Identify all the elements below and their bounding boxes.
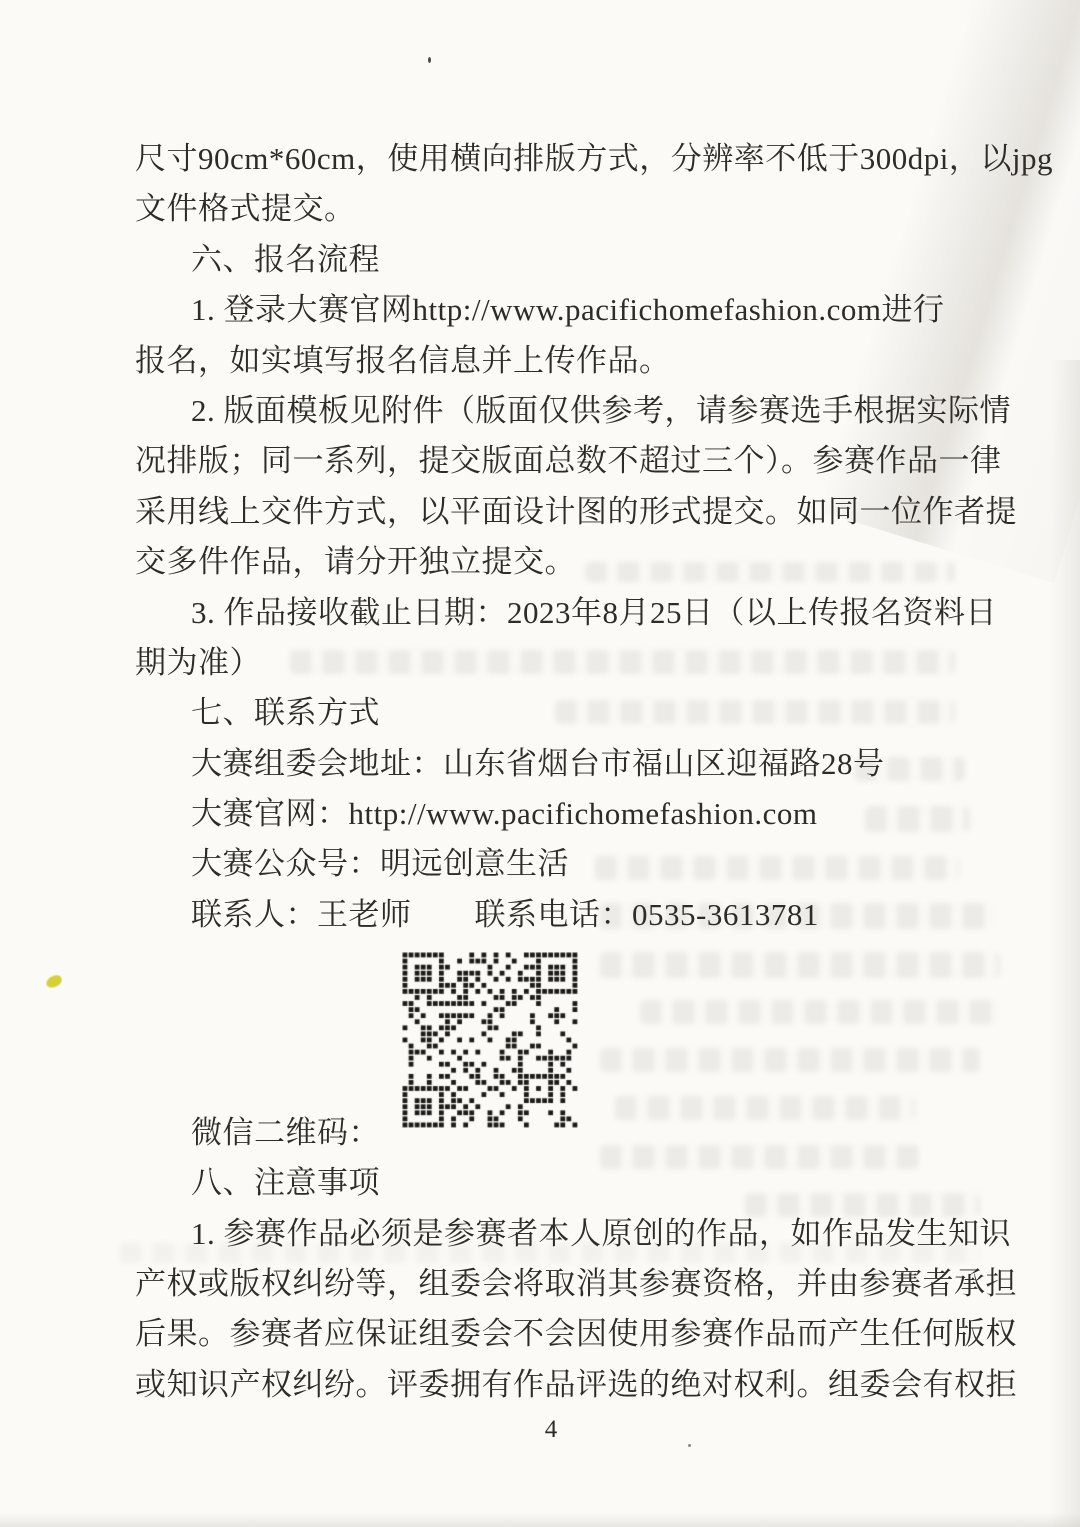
page-edge-shading	[1050, 360, 1080, 1527]
section-heading-registration-process: 六、报名流程	[135, 235, 967, 285]
text-line: 2. 版面模板见附件（版面仅供参考，请参赛选手根据实际情	[135, 386, 967, 436]
text-line: 1. 参赛作品必须是参赛者本人原创的作品，如作品发生知识	[135, 1209, 967, 1259]
text-line: 交多件作品，请分开独立提交。	[135, 537, 967, 587]
page-bottom-shading	[0, 1513, 1080, 1527]
text-line-website: 大赛官网：http://www.pacifichomefashion.com	[135, 789, 967, 839]
text-line: 3. 作品接收截止日期：2023年8月25日（以上传报名资料日	[135, 588, 967, 638]
qr-code-section: 微信二维码：	[135, 940, 967, 1158]
document-body: 尺寸90cm*60cm，使用横向排版方式，分辨率不低于300dpi，以jpg 文…	[135, 134, 967, 1450]
text-line-contact-phone: 联系人：王老师 联系电话：0535-3613781	[135, 890, 967, 940]
section-heading-notes: 八、注意事项	[135, 1158, 967, 1208]
text-line: 或知识产权纠纷。评委拥有作品评选的绝对权利。组委会有权拒	[135, 1360, 967, 1410]
qr-label: 微信二维码：	[191, 1108, 380, 1158]
page-number: 4	[135, 1410, 967, 1450]
text-line-address: 大赛组委会地址：山东省烟台市福山区迎福路28号	[135, 739, 967, 789]
text-line: 1. 登录大赛官网http://www.pacifichomefashion.c…	[135, 285, 967, 335]
text-line: 采用线上交件方式，以平面设计图的形式提交。如同一位作者提	[135, 487, 967, 537]
text-line: 期为准）	[135, 638, 967, 688]
text-line: 产权或版权纠纷等，组委会将取消其参赛资格，并由参赛者承担	[135, 1259, 967, 1309]
text-line: 况排版；同一系列，提交版面总数不超过三个）。参赛作品一律	[135, 436, 967, 486]
text-line-wechat-account: 大赛公众号：明远创意生活	[135, 839, 967, 889]
text-line: 后果。参赛者应保证组委会不会因使用参赛作品而产生任何版权	[135, 1309, 967, 1359]
yellow-ink-spot	[45, 974, 64, 989]
text-line: 报名，如实填写报名信息并上传作品。	[135, 336, 967, 386]
scan-speck	[428, 57, 431, 63]
section-heading-contact-info: 七、联系方式	[135, 688, 967, 738]
text-line: 文件格式提交。	[135, 184, 967, 234]
document-page: 尺寸90cm*60cm，使用横向排版方式，分辨率不低于300dpi，以jpg 文…	[0, 0, 1080, 1527]
wechat-qr-code	[402, 952, 578, 1128]
text-line: 尺寸90cm*60cm，使用横向排版方式，分辨率不低于300dpi，以jpg	[135, 134, 967, 184]
